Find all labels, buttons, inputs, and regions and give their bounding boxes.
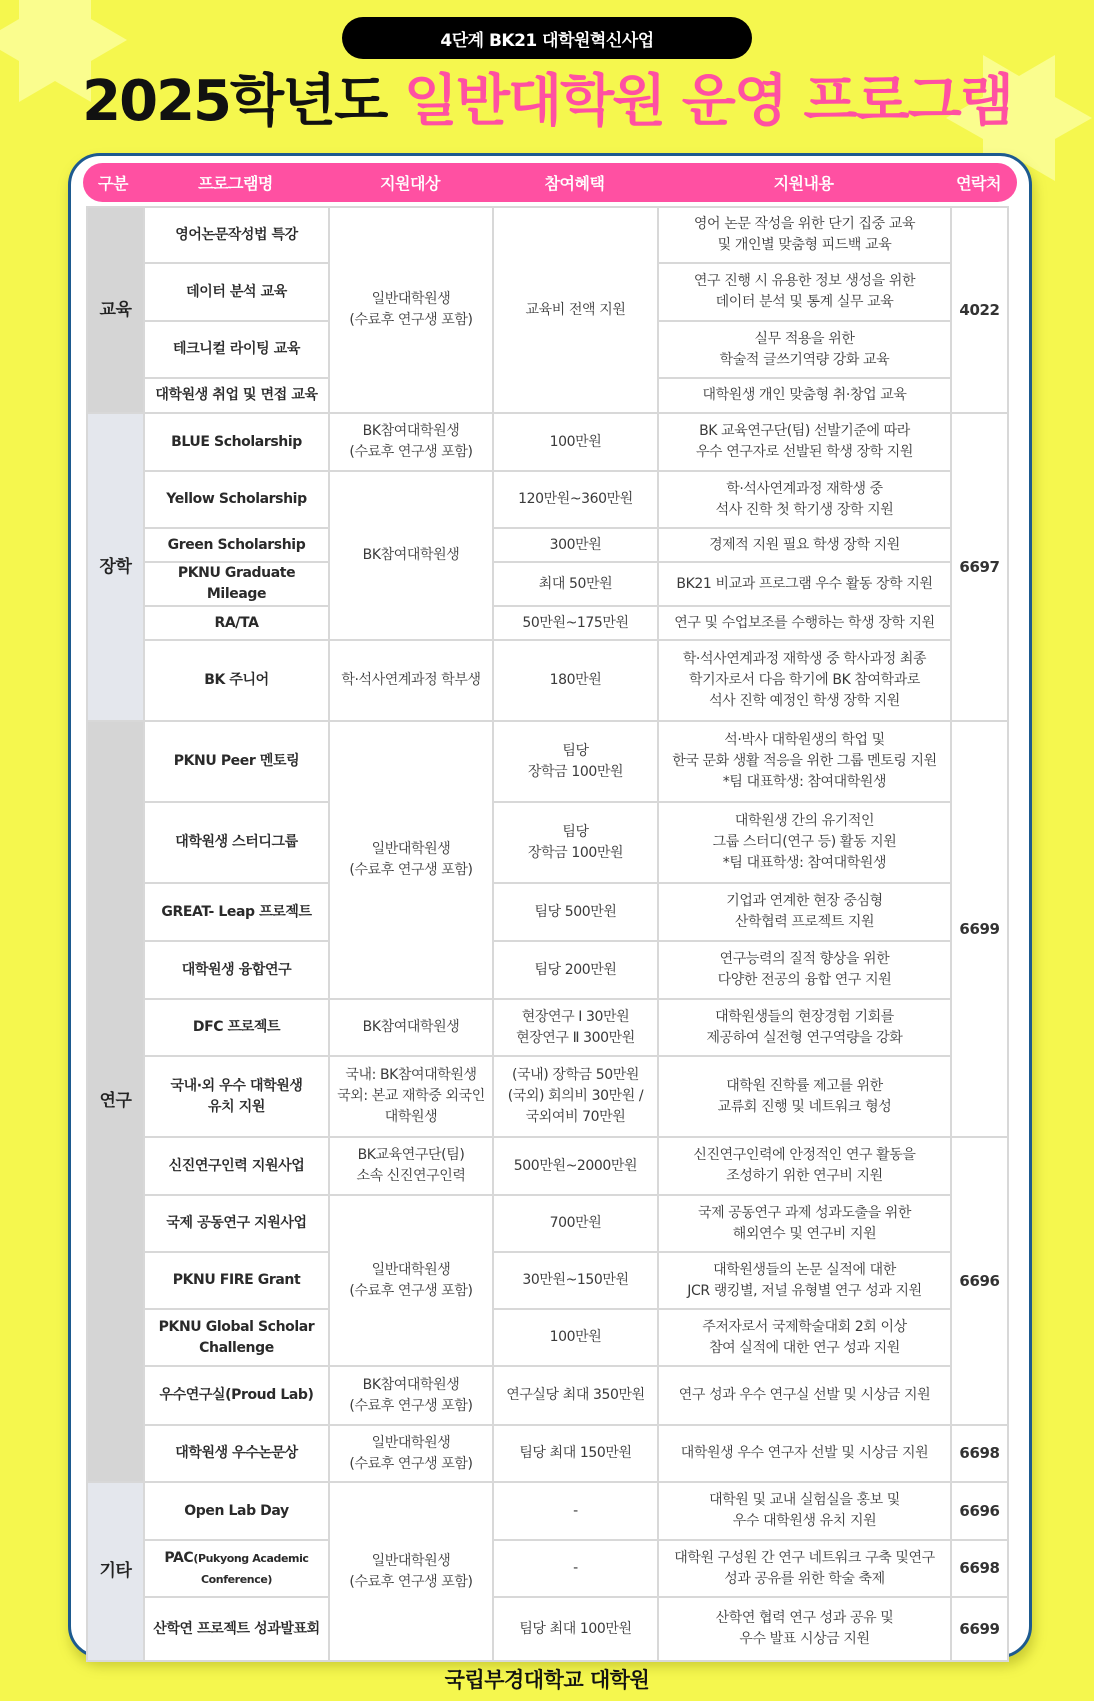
benefit-cell: (국내) 장학금 50만원 (국외) 회의비 30만원 / 국외여비 70만원 xyxy=(493,1056,658,1137)
table-row: 국내·외 우수 대학원생 유치 지원 국내: BK참여대학원생 국외: 본교 재… xyxy=(87,1056,1008,1137)
target-cell: BK참여대학원생 (수료후 연구생 포함) xyxy=(329,1366,493,1425)
target-cell: 일반대학원생 (수료후 연구생 포함) xyxy=(329,1425,493,1482)
content-cell: 대학원생들의 현장경험 기회를 제공하여 실전형 연구역량을 강화 xyxy=(658,999,951,1056)
content-cell: 대학원생들의 논문 실적에 대한 JCR 랭킹별, 저널 유형별 연구 성과 지… xyxy=(658,1252,951,1309)
target-cell: BK참여대학원생 (수료후 연구생 포함) xyxy=(329,413,493,471)
table-row: PKNU Graduate Mileage 최대 50만원 BK21 비교과 프… xyxy=(87,562,1008,606)
program-name: PKNU Graduate Mileage xyxy=(144,562,329,606)
table-row: 산학연 프로젝트 성과발표회 팀당 최대 100만원 산학연 협력 연구 성과 … xyxy=(87,1597,1008,1661)
program-name: RA/TA xyxy=(144,606,329,640)
content-cell: 대학원 및 교내 실험실을 홍보 및 우수 대학원생 유치 지원 xyxy=(658,1482,951,1540)
category-cell-education: 교육 xyxy=(87,207,144,413)
benefit-cell: 300만원 xyxy=(493,528,658,562)
table-row: DFC 프로젝트 BK참여대학원생 현장연구 Ⅰ 30만원 현장연구 Ⅱ 300… xyxy=(87,999,1008,1056)
benefit-cell: 교육비 전액 지원 xyxy=(493,207,658,413)
table-row: PAC(Pukyong Academic Conference) - 대학원 구… xyxy=(87,1540,1008,1597)
column-header-program: 프로그램명 xyxy=(143,171,328,194)
program-name: 국제 공동연구 지원사업 xyxy=(144,1195,329,1252)
benefit-cell: 30만원~150만원 xyxy=(493,1252,658,1309)
program-name: Green Scholarship xyxy=(144,528,329,562)
program-name: BK 주니어 xyxy=(144,640,329,721)
content-cell: 주저자로서 국제학술대회 2회 이상 참여 실적에 대한 연구 성과 지원 xyxy=(658,1309,951,1366)
content-cell: 학·석사연계과정 재학생 중 학사과정 최종 학기자로서 다음 학기에 BK 참… xyxy=(658,640,951,721)
content-cell: 연구능력의 질적 향상을 위한 다양한 전공의 융합 연구 지원 xyxy=(658,941,951,999)
table-row: 대학원생 우수논문상 일반대학원생 (수료후 연구생 포함) 팀당 최대 150… xyxy=(87,1425,1008,1482)
content-cell: BK 교육연구단(팀) 선발기준에 따라 우수 연구자로 선발된 학생 장학 지… xyxy=(658,413,951,471)
program-name: 대학원생 취업 및 면접 교육 xyxy=(144,378,329,413)
title-main: 일반대학원 운영 프로그램 xyxy=(404,69,1012,134)
column-header-contact: 연락처 xyxy=(950,171,1007,194)
content-cell: 산학연 협력 연구 성과 공유 및 우수 발표 시상금 지원 xyxy=(658,1597,951,1661)
benefit-cell: 최대 50만원 xyxy=(493,562,658,606)
benefit-cell: - xyxy=(493,1482,658,1540)
benefit-cell: 100만원 xyxy=(493,1309,658,1366)
benefit-cell: 700만원 xyxy=(493,1195,658,1252)
target-cell: 일반대학원생 (수료후 연구생 포함) xyxy=(329,721,493,999)
category-cell-research: 연구 xyxy=(87,721,144,1482)
target-cell: 일반대학원생 (수료후 연구생 포함) xyxy=(329,1482,493,1661)
column-header-target: 지원대상 xyxy=(328,171,492,194)
contact-cell: 4022 xyxy=(951,207,1008,413)
table-row: 교육 영어논문작성법 특강 일반대학원생 (수료후 연구생 포함) 교육비 전액… xyxy=(87,207,1008,263)
benefit-cell: 연구실당 최대 350만원 xyxy=(493,1366,658,1425)
program-name: GREAT- Leap 프로젝트 xyxy=(144,883,329,941)
contact-cell: 6699 xyxy=(951,721,1008,1137)
table-row: 연구 PKNU Peer 멘토링 일반대학원생 (수료후 연구생 포함) 팀당 … xyxy=(87,721,1008,802)
table-row: 우수연구실(Proud Lab) BK참여대학원생 (수료후 연구생 포함) 연… xyxy=(87,1366,1008,1425)
table-row: 대학원생 융합연구 팀당 200만원 연구능력의 질적 향상을 위한 다양한 전… xyxy=(87,941,1008,999)
program-name: PKNU FIRE Grant xyxy=(144,1252,329,1309)
table-header: 구분 프로그램명 지원대상 참여혜택 지원내용 연락처 xyxy=(83,163,1017,202)
contact-cell: 6696 xyxy=(951,1137,1008,1425)
benefit-cell: 팀당 500만원 xyxy=(493,883,658,941)
program-table: 교육 영어논문작성법 특강 일반대학원생 (수료후 연구생 포함) 교육비 전액… xyxy=(86,206,1009,1662)
program-name: 국내·외 우수 대학원생 유치 지원 xyxy=(144,1056,329,1137)
content-cell: 대학원생 우수 연구자 선발 및 시상금 지원 xyxy=(658,1425,951,1482)
benefit-cell: 500만원~2000만원 xyxy=(493,1137,658,1195)
table-row: PKNU FIRE Grant 30만원~150만원 대학원생들의 논문 실적에… xyxy=(87,1252,1008,1309)
content-cell: 국제 공동연구 과제 성과도출을 위한 해외연수 및 연구비 지원 xyxy=(658,1195,951,1252)
program-name-main: PAC xyxy=(164,1550,193,1566)
target-cell: 일반대학원생 (수료후 연구생 포함) xyxy=(329,207,493,413)
target-cell: 국내: BK참여대학원생 국외: 본교 재학중 외국인 대학원생 xyxy=(329,1056,493,1137)
content-cell: 영어 논문 작성을 위한 단기 집중 교육 및 개인별 맞춤형 피드백 교육 xyxy=(658,207,951,263)
program-name: PKNU Global Scholar Challenge xyxy=(144,1309,329,1366)
contact-cell: 6697 xyxy=(951,413,1008,721)
target-cell: BK참여대학원생 xyxy=(329,471,493,640)
program-name: 데이터 분석 교육 xyxy=(144,263,329,321)
column-header-category: 구분 xyxy=(83,171,143,194)
footer-organization: 국립부경대학교 대학원 xyxy=(0,1664,1094,1694)
table-row: 신진연구인력 지원사업 BK교육연구단(팀) 소속 신진연구인력 500만원~2… xyxy=(87,1137,1008,1195)
target-cell: 학·석사연계과정 학부생 xyxy=(329,640,493,721)
content-cell: 학·석사연계과정 재학생 중 석사 진학 첫 학기생 장학 지원 xyxy=(658,471,951,528)
content-cell: 연구 진행 시 유용한 정보 생성을 위한 데이터 분석 및 통계 실무 교육 xyxy=(658,263,951,321)
contact-cell: 6698 xyxy=(951,1540,1008,1597)
content-cell: BK21 비교과 프로그램 우수 활동 장학 지원 xyxy=(658,562,951,606)
table-row: BK 주니어 학·석사연계과정 학부생 180만원 학·석사연계과정 재학생 중… xyxy=(87,640,1008,721)
content-cell: 기업과 연계한 현장 중심형 산학협력 프로젝트 지원 xyxy=(658,883,951,941)
content-cell: 대학원 구성원 간 연구 네트워크 구축 및연구 성과 공유를 위한 학술 축제 xyxy=(658,1540,951,1597)
program-name: PAC(Pukyong Academic Conference) xyxy=(144,1540,329,1597)
table-row: Green Scholarship 300만원 경제적 지원 필요 학생 장학 … xyxy=(87,528,1008,562)
content-cell: 대학원생 개인 맞춤형 취·창업 교육 xyxy=(658,378,951,413)
contact-cell: 6696 xyxy=(951,1482,1008,1540)
contact-cell: 6698 xyxy=(951,1425,1008,1482)
benefit-cell: 50만원~175만원 xyxy=(493,606,658,640)
benefit-cell: 팀당 장학금 100만원 xyxy=(493,802,658,883)
table-row: RA/TA 50만원~175만원 연구 및 수업보조를 수행하는 학생 장학 지… xyxy=(87,606,1008,640)
benefit-cell: 팀당 최대 100만원 xyxy=(493,1597,658,1661)
benefit-cell: 팀당 장학금 100만원 xyxy=(493,721,658,802)
content-cell: 연구 성과 우수 연구실 선발 및 시상금 지원 xyxy=(658,1366,951,1425)
table-row: GREAT- Leap 프로젝트 팀당 500만원 기업과 연계한 현장 중심형… xyxy=(87,883,1008,941)
content-cell: 경제적 지원 필요 학생 장학 지원 xyxy=(658,528,951,562)
benefit-cell: 100만원 xyxy=(493,413,658,471)
program-name: 대학원생 융합연구 xyxy=(144,941,329,999)
program-name: 대학원생 우수논문상 xyxy=(144,1425,329,1482)
table-row: 기타 Open Lab Day 일반대학원생 (수료후 연구생 포함) - 대학… xyxy=(87,1482,1008,1540)
table-row: Yellow Scholarship BK참여대학원생 120만원~360만원 … xyxy=(87,471,1008,528)
benefit-cell: 현장연구 Ⅰ 30만원 현장연구 Ⅱ 300만원 xyxy=(493,999,658,1056)
program-name: DFC 프로젝트 xyxy=(144,999,329,1056)
program-name: 영어논문작성법 특강 xyxy=(144,207,329,263)
benefit-cell: - xyxy=(493,1540,658,1597)
content-cell: 연구 및 수업보조를 수행하는 학생 장학 지원 xyxy=(658,606,951,640)
program-name: Yellow Scholarship xyxy=(144,471,329,528)
category-cell-scholarship: 장학 xyxy=(87,413,144,721)
benefit-cell: 180만원 xyxy=(493,640,658,721)
content-cell: 실무 적용을 위한 학술적 글쓰기역량 강화 교육 xyxy=(658,321,951,378)
benefit-cell: 120만원~360만원 xyxy=(493,471,658,528)
table-row: 장학 BLUE Scholarship BK참여대학원생 (수료후 연구생 포함… xyxy=(87,413,1008,471)
content-cell: 대학원 진학률 제고를 위한 교류회 진행 및 네트워크 형성 xyxy=(658,1056,951,1137)
category-cell-other: 기타 xyxy=(87,1482,144,1661)
page-title: 2025학년도 일반대학원 운영 프로그램 xyxy=(0,66,1094,138)
program-name: 테크니컬 라이팅 교육 xyxy=(144,321,329,378)
program-name: 대학원생 스터디그룹 xyxy=(144,802,329,883)
content-cell: 신진연구인력에 안정적인 연구 활동을 조성하기 위한 연구비 지원 xyxy=(658,1137,951,1195)
benefit-cell: 팀당 최대 150만원 xyxy=(493,1425,658,1482)
column-header-content: 지원내용 xyxy=(657,171,950,194)
program-name: BLUE Scholarship xyxy=(144,413,329,471)
contact-cell: 6699 xyxy=(951,1597,1008,1661)
program-name: 신진연구인력 지원사업 xyxy=(144,1137,329,1195)
target-cell: 일반대학원생 (수료후 연구생 포함) xyxy=(329,1195,493,1366)
program-badge: 4단계 BK21 대학원혁신사업 xyxy=(342,17,752,59)
column-header-benefit: 참여혜택 xyxy=(492,171,657,194)
table-row: 국제 공동연구 지원사업 일반대학원생 (수료후 연구생 포함) 700만원 국… xyxy=(87,1195,1008,1252)
program-name: 산학연 프로젝트 성과발표회 xyxy=(144,1597,329,1661)
program-name-sub: (Pukyong Academic Conference) xyxy=(193,1552,308,1586)
table-row: PKNU Global Scholar Challenge 100만원 주저자로… xyxy=(87,1309,1008,1366)
program-name: 우수연구실(Proud Lab) xyxy=(144,1366,329,1425)
program-name: Open Lab Day xyxy=(144,1482,329,1540)
title-year: 2025학년도 xyxy=(82,69,386,134)
table-row: 대학원생 스터디그룹 팀당 장학금 100만원 대학원생 간의 유기적인 그룹 … xyxy=(87,802,1008,883)
content-cell: 석·박사 대학원생의 학업 및 한국 문화 생활 적응을 위한 그룹 멘토링 지… xyxy=(658,721,951,802)
program-name: PKNU Peer 멘토링 xyxy=(144,721,329,802)
target-cell: BK참여대학원생 xyxy=(329,999,493,1056)
content-cell: 대학원생 간의 유기적인 그룹 스터디(연구 등) 활동 지원 *팀 대표학생:… xyxy=(658,802,951,883)
benefit-cell: 팀당 200만원 xyxy=(493,941,658,999)
target-cell: BK교육연구단(팀) 소속 신진연구인력 xyxy=(329,1137,493,1195)
